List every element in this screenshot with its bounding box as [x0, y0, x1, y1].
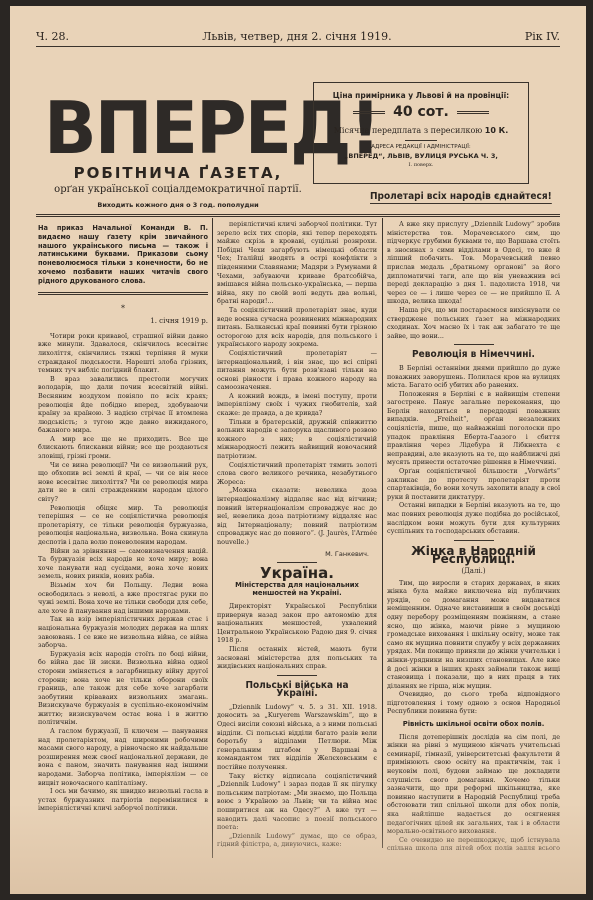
continued-note: (Далі.)	[387, 567, 560, 576]
year-volume: Рік IV.	[525, 30, 560, 43]
paragraph: В враз завалились престоли могучих волод…	[38, 375, 208, 435]
price-line: 40 сот.	[314, 104, 528, 120]
paragraph: Після останніх вістей, мають бути заснов…	[217, 645, 377, 671]
paragraph: Та соціялістичний пролетаріят знає, куди…	[217, 306, 377, 349]
paragraph: Наша річ, що ми постараємося вихіснувати…	[387, 306, 560, 340]
paragraph: Буржуазія всіх народів стоїть по боці ві…	[38, 650, 208, 727]
party-organ-line: орґан української соціалдемократичної па…	[40, 184, 316, 195]
newspaper-title: ВПЕРЕД!	[44, 86, 298, 170]
column-divider	[212, 218, 213, 858]
divider	[277, 562, 317, 563]
address-floor: I. поверх.	[314, 162, 528, 168]
divider	[454, 540, 494, 541]
article-subhead: Рівність шкільної освіти обох полів.	[387, 720, 560, 729]
poem-line: „А ний — каже — тую Русь	[257, 849, 377, 850]
paragraph: „Dziennik Ludowy“ ч. 5. з 31. XII. 1918.…	[217, 703, 377, 772]
subscription-amount: 10 К.	[485, 126, 509, 135]
paragraph: Революція обіцяє мир. Та революція тепер…	[38, 504, 208, 547]
paragraph: Соціялістичний пролетаріят тямить золоті…	[217, 461, 377, 487]
divider	[405, 140, 437, 141]
paragraph: „Dziennik Ludowy“ думає, що се образ, гі…	[217, 832, 377, 849]
paragraph: Положення в Берліні є в найвищім степени…	[387, 390, 560, 467]
article-date: 1. січня 1919 р.	[38, 317, 208, 326]
masthead-divider	[36, 214, 560, 217]
paragraph: Так на взір імперіялістичних держав стає…	[38, 615, 208, 649]
paragraph: Чотири роки кривавої, страшної війни дав…	[38, 332, 208, 375]
column-3: А вже яку прислугу „Dziennik Ludowy“ зро…	[387, 220, 560, 850]
paragraph: Директоріят Української Республіки приве…	[217, 602, 377, 645]
paragraph: І ось ми бачимо, як швидко визвольні гас…	[38, 787, 208, 813]
address-label: АДРЕСА РЕДАКЦІЇ І АДМІНІСТРАЦІЇ:	[314, 144, 528, 150]
issue-number: Ч. 28.	[36, 30, 69, 43]
paragraph: Соціялістичний пролетаріят — інтернаціон…	[217, 349, 377, 392]
paragraph: Таку вістку відписала соціялістичний „Dz…	[217, 772, 377, 832]
subscription-line: Місячна передплата з пересилкою 10 К.	[314, 126, 528, 135]
paragraph: Після дотеперішніх дослідів на сім полі,…	[387, 733, 560, 836]
price-box: Ціна примірника у Львові й на провінції:…	[313, 82, 529, 184]
paragraph: періялістичні кличі заборчої політики. Т…	[217, 220, 377, 306]
divider	[277, 675, 317, 676]
article-headline: Революція в Німеччині.	[396, 351, 552, 360]
slogan: Пролетарі всіх народів єднайтеся!	[370, 191, 552, 204]
paragraph: Війни за зрівняння — самовизначення наці…	[38, 547, 208, 581]
section-title-ukraine: Україна.	[217, 569, 377, 578]
poem-quote: „А ний — каже — тую Русь Трохи поноцобит…	[257, 849, 377, 850]
paragraph: А вже яку прислугу „Dziennik Ludowy“ зро…	[387, 220, 560, 306]
publication-schedule: Виходить кожного дня о 3 год. пополудни	[40, 201, 316, 209]
article-headline: Польські війська на Україні.	[225, 682, 369, 699]
paragraph: Візьмім хоч би Польщу. Ледви вона освобо…	[38, 581, 208, 615]
paragraph: Очевидно, до сього треба відповідного пі…	[387, 690, 560, 716]
price-value: 40 сот.	[393, 104, 449, 120]
subscription-label: Місячна передплата з пересилкою	[334, 126, 482, 135]
quote-paragraph: „Можна сказати: невелика доза інтернаціо…	[217, 486, 377, 546]
article-headline: Жінка в Народній Республиці.	[387, 547, 560, 564]
paragraph: Орґан соціялістичної більшости „Vorwärts…	[387, 467, 560, 501]
star-separator: *	[38, 305, 208, 314]
paragraph: В Берліні останніми днями прийшло до дуж…	[387, 364, 560, 390]
masthead-info-line: Ч. 28. Львів, четвер, дня 2. січня 1919.…	[36, 27, 560, 47]
paragraph: Останні випадки в Берліні вказують на те…	[387, 501, 560, 535]
column-divider	[382, 218, 383, 848]
decorative-rule	[353, 111, 385, 114]
paragraph: Тільки в братерській, дружній співжиттю …	[217, 418, 377, 461]
divider	[454, 344, 494, 345]
paragraph: Се очевидно не перешкоджує, щоб істнувал…	[387, 836, 560, 850]
price-label: Ціна примірника у Львові й на провінції:	[314, 91, 528, 100]
column-1: На приказ Начальної Команди В. П. видаєм…	[38, 220, 208, 860]
article-headline: Міністерства для національних меншостей …	[217, 581, 377, 598]
newspaper-page: Ч. 28. Львів, четвер, дня 2. січня 1919.…	[10, 6, 586, 894]
newspaper-subtitle: РОБІТНИЧА ҐАЗЕТА,	[40, 164, 316, 182]
paragraph: А гаслом буржуазії, її ключем — пануванн…	[38, 727, 208, 787]
paragraph: Тим, що виросли в старих державах, в яки…	[387, 579, 560, 691]
author-signature: М. Ганкевич.	[217, 550, 369, 559]
paragraph: А кожний вождь, в імені поступу, проти і…	[217, 392, 377, 418]
column-2: періялістичні кличі заборчої політики. Т…	[217, 220, 377, 850]
paragraph: А мир все ще не приходить. Все ще блиска…	[38, 435, 208, 461]
decorative-rule	[457, 111, 489, 114]
dateline: Львів, четвер, дня 2. січня 1919.	[202, 30, 391, 43]
paragraph: Чи се вина революції? Чи се визвольний р…	[38, 461, 208, 504]
address: „ВПЕРЕД“, ЛЬВІВ, ВУЛИЦЯ РУСЬКА Ч. 3,	[314, 152, 528, 160]
latin-script-notice: На приказ Начальної Команди В. П. видаєм…	[38, 220, 208, 295]
